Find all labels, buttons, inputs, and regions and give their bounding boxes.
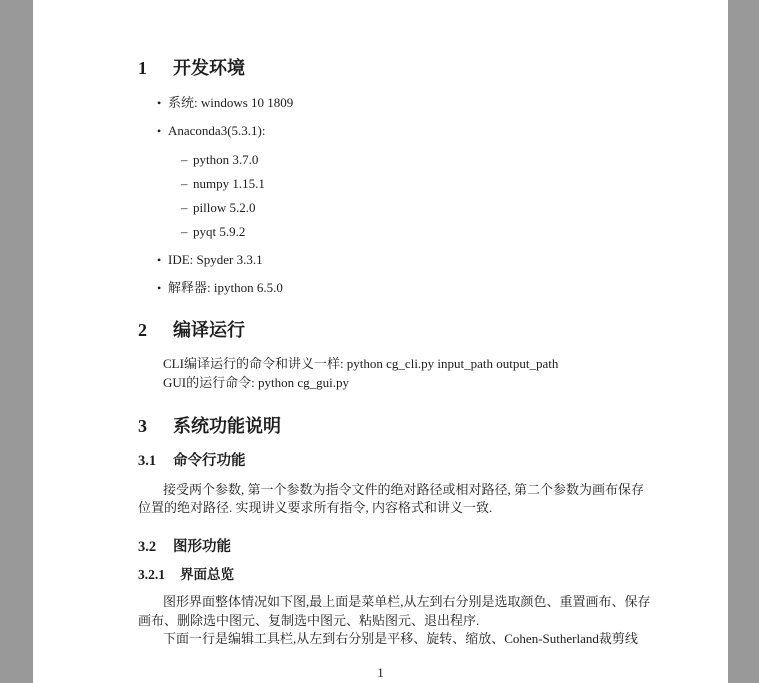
subsubsection-number: 3.2.1 xyxy=(138,567,180,582)
paragraph-line: 接受两个参数, 第一个参数为指令文件的绝对路径或相对路径, 第二个参数为画布保存 xyxy=(138,482,644,497)
bullet-item-system: •系统: windows 10 1809 xyxy=(157,95,293,111)
bullet-marker-icon: • xyxy=(157,124,168,139)
sub-bullet-text: pillow 5.2.0 xyxy=(193,200,255,215)
bullet-marker-icon: • xyxy=(157,253,168,268)
sub-bullet-item-pillow: –pillow 5.2.0 xyxy=(181,200,255,215)
bullet-text: 解释器: ipython 6.5.0 xyxy=(168,280,283,295)
sub-bullet-item-pyqt: –pyqt 5.9.2 xyxy=(181,224,245,239)
pdf-viewer-background: 1开发环境 •系统: windows 10 1809 •Anaconda3(5.… xyxy=(0,0,759,683)
section-number: 3 xyxy=(138,417,173,436)
section-title: 编译运行 xyxy=(173,320,245,340)
section-title: 开发环境 xyxy=(173,58,245,78)
subsection-number: 3.1 xyxy=(138,453,173,469)
subsubsection-title: 界面总览 xyxy=(180,567,234,582)
section-heading-3: 3系统功能说明 xyxy=(138,417,281,436)
paragraph-line: 图形界面整体情况如下图,最上面是菜单栏,从左到右分别是选取颜色、重置画布、保存 xyxy=(138,594,651,609)
section-title: 系统功能说明 xyxy=(173,416,281,436)
bullet-marker-icon: • xyxy=(157,281,168,296)
sub-bullet-item-python: –python 3.7.0 xyxy=(181,152,258,167)
sub-bullet-text: pyqt 5.9.2 xyxy=(193,224,245,239)
section-heading-2: 2编译运行 xyxy=(138,321,245,340)
dash-marker-icon: – xyxy=(181,152,193,167)
section-heading-1: 1开发环境 xyxy=(138,59,245,78)
bullet-marker-icon: • xyxy=(157,96,168,111)
bullet-text: 系统: windows 10 1809 xyxy=(168,95,293,110)
bullet-text: IDE: Spyder 3.3.1 xyxy=(168,252,263,267)
dash-marker-icon: – xyxy=(181,200,193,215)
bullet-item-anaconda: •Anaconda3(5.3.1): xyxy=(157,123,265,139)
paragraph-line: 位置的绝对路径. 实现讲义要求所有指令, 内容格式和讲义一致. xyxy=(138,500,492,515)
sub-bullet-text: python 3.7.0 xyxy=(193,152,258,167)
sub-bullet-item-numpy: –numpy 1.15.1 xyxy=(181,176,265,191)
subsection-number: 3.2 xyxy=(138,539,173,555)
gui-run-command-line: GUI的运行命令: python cg_gui.py xyxy=(163,375,349,390)
section-number: 1 xyxy=(138,59,173,78)
subsection-title: 图形功能 xyxy=(173,539,231,555)
subsubsection-heading-3-2-1: 3.2.1界面总览 xyxy=(138,567,234,582)
dash-marker-icon: – xyxy=(181,224,193,239)
section-number: 2 xyxy=(138,321,173,340)
dash-marker-icon: – xyxy=(181,176,193,191)
cli-run-command-line: CLI编译运行的命令和讲义一样: python cg_cli.py input_… xyxy=(163,356,558,371)
bullet-item-interpreter: •解释器: ipython 6.5.0 xyxy=(157,280,283,296)
paragraph-line: 画布、删除选中图元、复制选中图元、粘贴图元、退出程序. xyxy=(138,613,479,628)
paragraph-line: 下面一行是编辑工具栏,从左到右分别是平移、旋转、缩放、Cohen-Sutherl… xyxy=(138,631,638,646)
sub-bullet-text: numpy 1.15.1 xyxy=(193,176,265,191)
subsection-title: 命令行功能 xyxy=(173,453,246,469)
subsection-heading-3-1: 3.1命令行功能 xyxy=(138,453,246,469)
page-number: 1 xyxy=(33,665,728,681)
subsection-heading-3-2: 3.2图形功能 xyxy=(138,539,231,555)
bullet-item-ide: •IDE: Spyder 3.3.1 xyxy=(157,252,263,268)
document-page: 1开发环境 •系统: windows 10 1809 •Anaconda3(5.… xyxy=(33,0,728,683)
bullet-text: Anaconda3(5.3.1): xyxy=(168,123,265,138)
